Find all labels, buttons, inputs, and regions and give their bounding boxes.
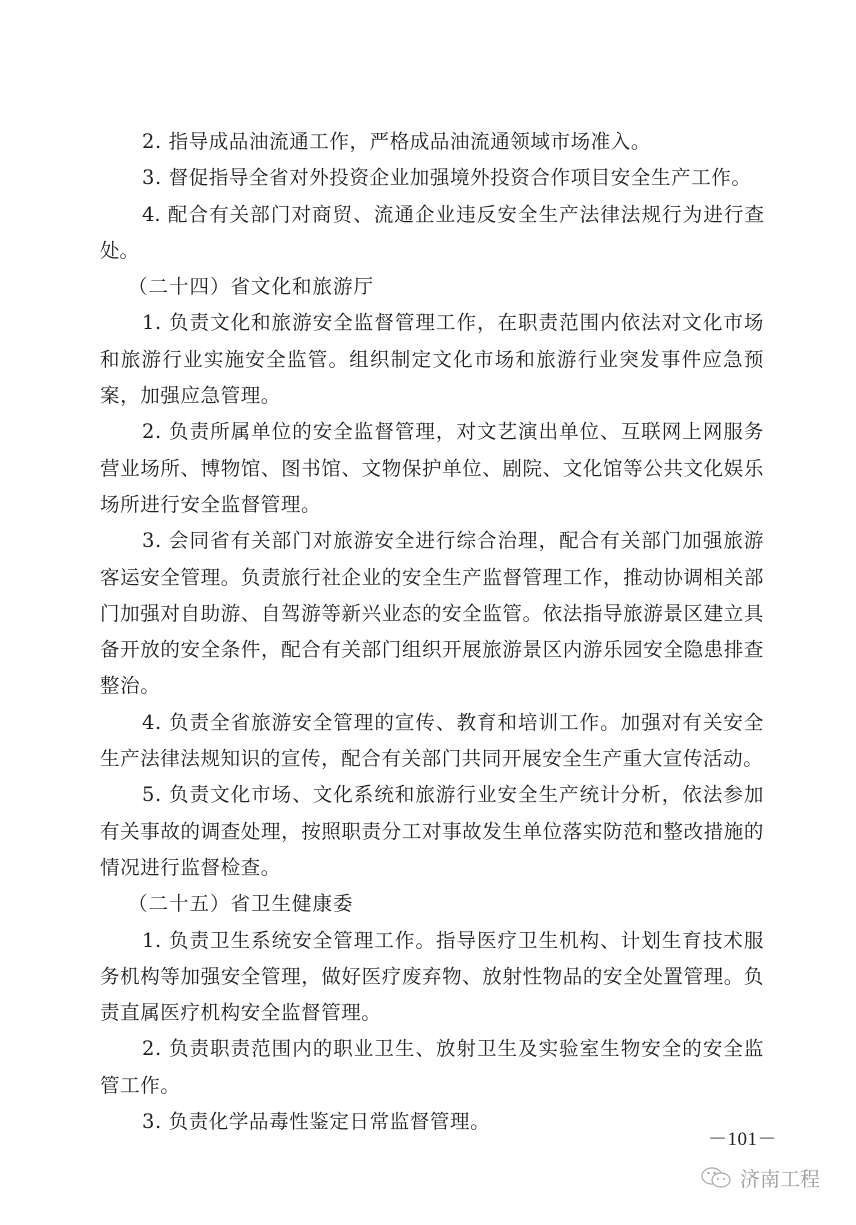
paragraph-item: 4. 负责全省旅游安全管理的宣传、教育和培训工作。加强对有关安全生产法律法规知识… xyxy=(100,705,764,778)
paragraph-item: 1. 负责文化和旅游安全监督管理工作，在职责范围内依法对文化市场和旅游行业实施安… xyxy=(100,305,764,414)
paragraph-item: 4. 配合有关部门对商贸、流通企业违反安全生产法律法规行为进行查处。 xyxy=(100,197,764,270)
watermark: 济南工程 xyxy=(700,1163,820,1192)
paragraph-item: 5. 负责文化市场、文化系统和旅游行业安全生产统计分析，依法参加有关事故的调查处… xyxy=(100,777,764,886)
paragraph-item: 1. 负责卫生系统安全管理工作。指导医疗卫生机构、计划生育技术服务机构等加强安全… xyxy=(100,923,764,1032)
section-heading: （二十五）省卫生健康委 xyxy=(100,886,764,922)
paragraph-item: 2. 指导成品油流通工作，严格成品油流通领域市场准入。 xyxy=(100,124,764,160)
paragraph-item: 3. 督促指导全省对外投资企业加强境外投资合作项目安全生产工作。 xyxy=(100,160,764,196)
paragraph-item: 2. 负责职责范围内的职业卫生、放射卫生及实验室生物安全的安全监管工作。 xyxy=(100,1031,764,1104)
paragraph-item: 3. 负责化学品毒性鉴定日常监督管理。 xyxy=(100,1104,764,1140)
page-number: －101－ xyxy=(708,1124,777,1151)
watermark-text: 济南工程 xyxy=(740,1163,820,1192)
paragraph-item: 3. 会同省有关部门对旅游安全进行综合治理，配合有关部门加强旅游客运安全管理。负… xyxy=(100,523,764,704)
document-body: 2. 指导成品油流通工作，严格成品油流通领域市场准入。 3. 督促指导全省对外投… xyxy=(100,124,764,1140)
section-heading: （二十四）省文化和旅游厅 xyxy=(100,269,764,305)
paragraph-item: 2. 负责所属单位的安全监督管理，对文艺演出单位、互联网上网服务营业场所、博物馆… xyxy=(100,414,764,523)
wechat-icon xyxy=(700,1165,734,1191)
